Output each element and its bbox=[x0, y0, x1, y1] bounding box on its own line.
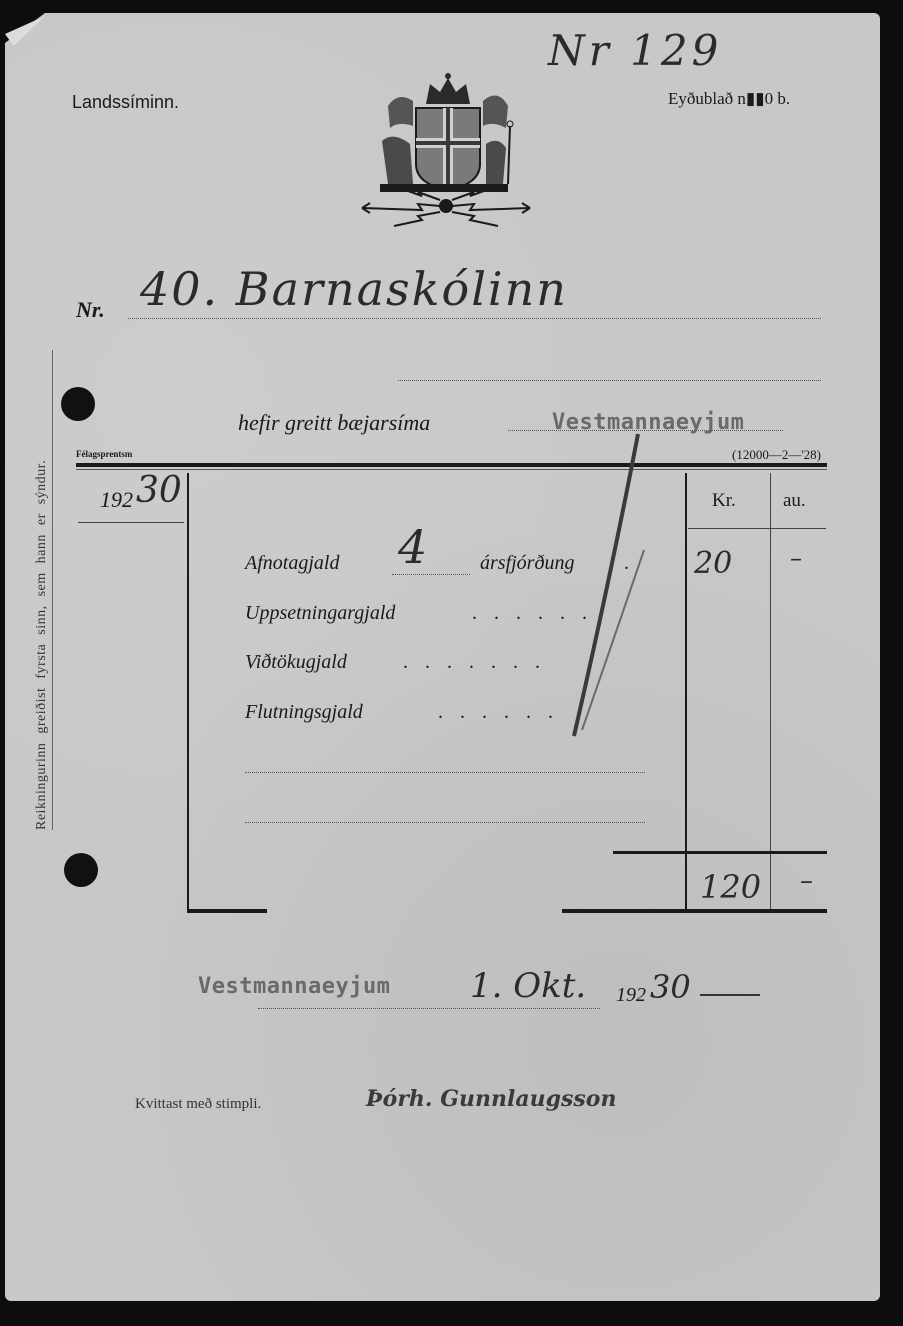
payment-text: hefir greitt bæjarsíma bbox=[238, 410, 430, 436]
handwritten-date: 1. Okt. bbox=[470, 966, 586, 1006]
total-kr-border bbox=[685, 854, 687, 910]
footer-year-prefix: 192 bbox=[616, 984, 646, 1007]
leader-dots: ....... bbox=[403, 651, 557, 674]
printer-name: Félagsprentsm bbox=[76, 449, 132, 459]
table-top-thin-rule bbox=[76, 469, 827, 470]
recipient-dotted-line bbox=[128, 318, 821, 319]
header-underline bbox=[688, 528, 826, 529]
line-item-au: – bbox=[790, 544, 802, 572]
column-header-kr: Kr. bbox=[712, 490, 736, 512]
document-number: Nr 129 bbox=[548, 26, 722, 75]
total-top-rule bbox=[613, 851, 827, 854]
signature-stamp: Þórh. Gunnlaugsson bbox=[366, 1086, 616, 1112]
print-run-code: (12000—2—'28) bbox=[732, 447, 821, 463]
total-bottom-rule bbox=[562, 909, 827, 913]
footer-location-stamp: Vestmannaeyjum bbox=[198, 974, 390, 999]
blank-item-line bbox=[245, 822, 645, 823]
punch-hole-bottom bbox=[64, 853, 98, 887]
recipient-handwritten: 40. Barnaskólinn bbox=[140, 262, 568, 316]
footer-year-handwritten: 30 bbox=[650, 968, 691, 1006]
blank-item-line bbox=[245, 772, 645, 773]
line-item-label: Uppsetningargjald bbox=[245, 602, 395, 625]
total-au: – bbox=[800, 866, 813, 896]
side-payment-note: Reikningurinn greiðist fyrsta sinn, sem … bbox=[34, 350, 53, 830]
table-top-thick-rule bbox=[76, 463, 827, 467]
date-dash bbox=[700, 994, 760, 996]
column-header-au: au. bbox=[783, 490, 806, 512]
recipient-label: Nr. bbox=[76, 297, 105, 323]
kr-au-divider bbox=[770, 473, 771, 911]
line-item-label: Afnotagjald bbox=[245, 552, 339, 575]
recipient-second-line bbox=[398, 380, 821, 381]
issuer-name: Landssíminn. bbox=[72, 92, 179, 113]
coat-of-arms-with-lightning-icon bbox=[358, 66, 538, 228]
form-code: Eyðublað n▮▮0 b. bbox=[668, 89, 790, 109]
year-underline bbox=[78, 522, 184, 523]
quantity-handwritten: 4 bbox=[398, 520, 427, 574]
line-item-label: Viðtökugjald bbox=[245, 651, 347, 674]
pencil-check-mark bbox=[560, 430, 650, 740]
leader-dots: ...... bbox=[438, 701, 570, 724]
kr-column-left-border bbox=[685, 473, 687, 851]
line-item-kr: 20 bbox=[694, 546, 732, 581]
line-item-label: Flutningsgjald bbox=[245, 701, 363, 724]
total-kr: 120 bbox=[700, 868, 761, 906]
year-handwritten: 30 bbox=[136, 470, 182, 511]
year-prefix: 192 bbox=[100, 487, 133, 513]
punch-hole-top bbox=[61, 387, 95, 421]
receipt-label: Kvittast með stimpli. bbox=[135, 1096, 261, 1113]
date-dotted-line bbox=[258, 1008, 600, 1009]
quantity-dotted-line bbox=[392, 574, 470, 575]
table-left-border bbox=[187, 473, 189, 911]
table-left-foot bbox=[187, 909, 267, 913]
